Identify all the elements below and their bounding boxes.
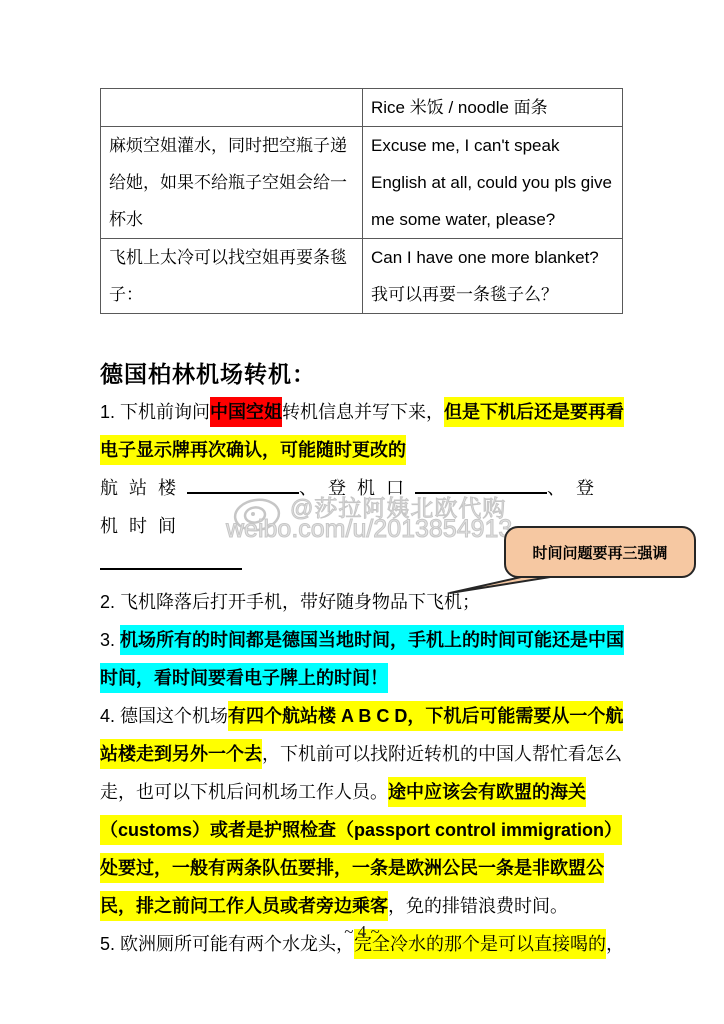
blank-underline (415, 476, 547, 494)
item4-plain: ，免的排错浪费时间。 (388, 896, 568, 916)
item3-plain: 3. (100, 630, 120, 650)
table-cell-cn (101, 89, 363, 127)
table-cell-cn: 飞机上太冷可以找空姐再要条毯子： (101, 239, 363, 314)
page-number: ~ 4 ~ (0, 922, 724, 942)
list-item-4: 4. 德国这个机场有四个航站楼 A B C D，下机后可能需要从一个航站楼走到另… (100, 697, 626, 925)
section-heading: 德国柏林机场转机： (100, 355, 626, 393)
blank-underline (187, 476, 299, 494)
item2-plain: 2. 飞机降落后打开手机，带好随身物品下飞机； (100, 592, 480, 612)
table-row: Rice 米饭 / noodle 面条 (101, 89, 623, 127)
table-cell-en: Excuse me, I can't speak English at all,… (363, 127, 623, 239)
item4-plain: 4. 德国这个机场 (100, 706, 228, 726)
table-row: 飞机上太冷可以找空姐再要条毯子： Can I have one more bla… (101, 239, 623, 314)
blank-underline (100, 552, 242, 570)
blank-label-gate: 、 登 机 口 (299, 478, 415, 498)
callout-bubble-text: 时间问题要再三强调 (505, 527, 695, 577)
document-page: Rice 米饭 / noodle 面条 麻烦空姐灌水，同时把空瓶子递给她，如果不… (0, 0, 724, 1024)
table-cell-en: Can I have one more blanket? 我可以再要一条毯子么？ (363, 239, 623, 314)
item1-plain: 1. 下机前询问 (100, 402, 210, 422)
table-row: 麻烦空姐灌水，同时把空瓶子递给她，如果不给瓶子空姐会给一杯水 Excuse me… (101, 127, 623, 239)
table-cell-en: Rice 米饭 / noodle 面条 (363, 89, 623, 127)
item1-plain: 转机信息并写下来， (282, 402, 444, 422)
phrase-table: Rice 米饭 / noodle 面条 麻烦空姐灌水，同时把空瓶子递给她，如果不… (100, 88, 623, 314)
blank-label-terminal: 航 站 楼 (100, 478, 187, 498)
item1-red-highlight: 中国空姐 (210, 397, 282, 427)
list-item-1: 1. 下机前询问中国空姐转机信息并写下来，但是下机后还是要再看电子显示牌再次确认… (100, 393, 626, 469)
item3-cyan-highlight: 机场所有的时间都是德国当地时间，手机上的时间可能还是中国时间，看时间要看电子牌上… (100, 625, 624, 693)
body-content: 德国柏林机场转机： 1. 下机前询问中国空姐转机信息并写下来，但是下机后还是要再… (100, 355, 626, 963)
table-cell-cn: 麻烦空姐灌水，同时把空瓶子递给她，如果不给瓶子空姐会给一杯水 (101, 127, 363, 239)
list-item-3: 3. 机场所有的时间都是德国当地时间，手机上的时间可能还是中国时间，看时间要看电… (100, 621, 626, 697)
